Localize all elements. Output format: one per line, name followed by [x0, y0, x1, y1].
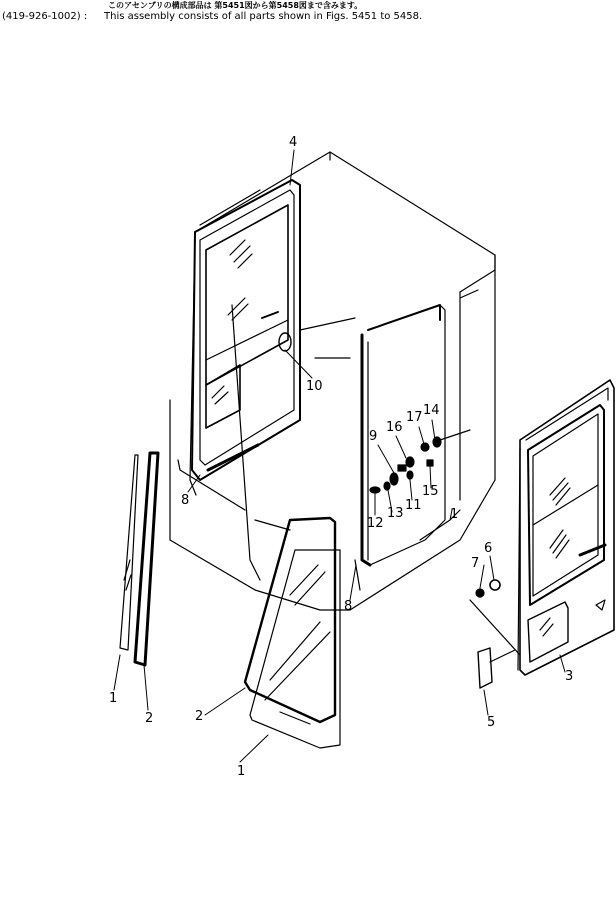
callout-6: 6: [484, 542, 492, 555]
callout-13: 13: [387, 507, 404, 520]
side-narrow-window: [120, 453, 158, 665]
hinge-and-bolt: [470, 580, 520, 688]
callout-7: 7: [471, 557, 479, 570]
callout-4: 4: [289, 136, 297, 149]
callout-1-tri-glass: 1: [237, 765, 245, 778]
callout-1-side-glass: 1: [109, 692, 117, 705]
cab-body: [170, 152, 495, 610]
side-door-frame: [355, 305, 470, 590]
callout-15: 15: [422, 485, 439, 498]
callout-14: 14: [423, 404, 440, 417]
rear-door: [518, 380, 614, 675]
callout-3: 3: [565, 670, 573, 683]
callout-9: 9: [369, 430, 377, 443]
front-door-assembly: [190, 180, 300, 495]
callout-2-tri-seal: 2: [195, 710, 203, 723]
callout-1-frame: 1: [450, 508, 458, 521]
callout-8-rear: 8: [344, 600, 352, 613]
callout-8-front: 8: [181, 494, 189, 507]
callout-2-side-seal: 2: [145, 712, 153, 725]
callout-12: 12: [367, 517, 384, 530]
callout-10: 10: [306, 380, 323, 393]
callout-11: 11: [405, 499, 422, 512]
triangular-window: [245, 518, 340, 748]
callout-17: 17: [406, 411, 423, 424]
callout-16: 16: [386, 421, 403, 434]
callout-5: 5: [487, 716, 495, 729]
exploded-parts-diagram: [0, 0, 616, 912]
